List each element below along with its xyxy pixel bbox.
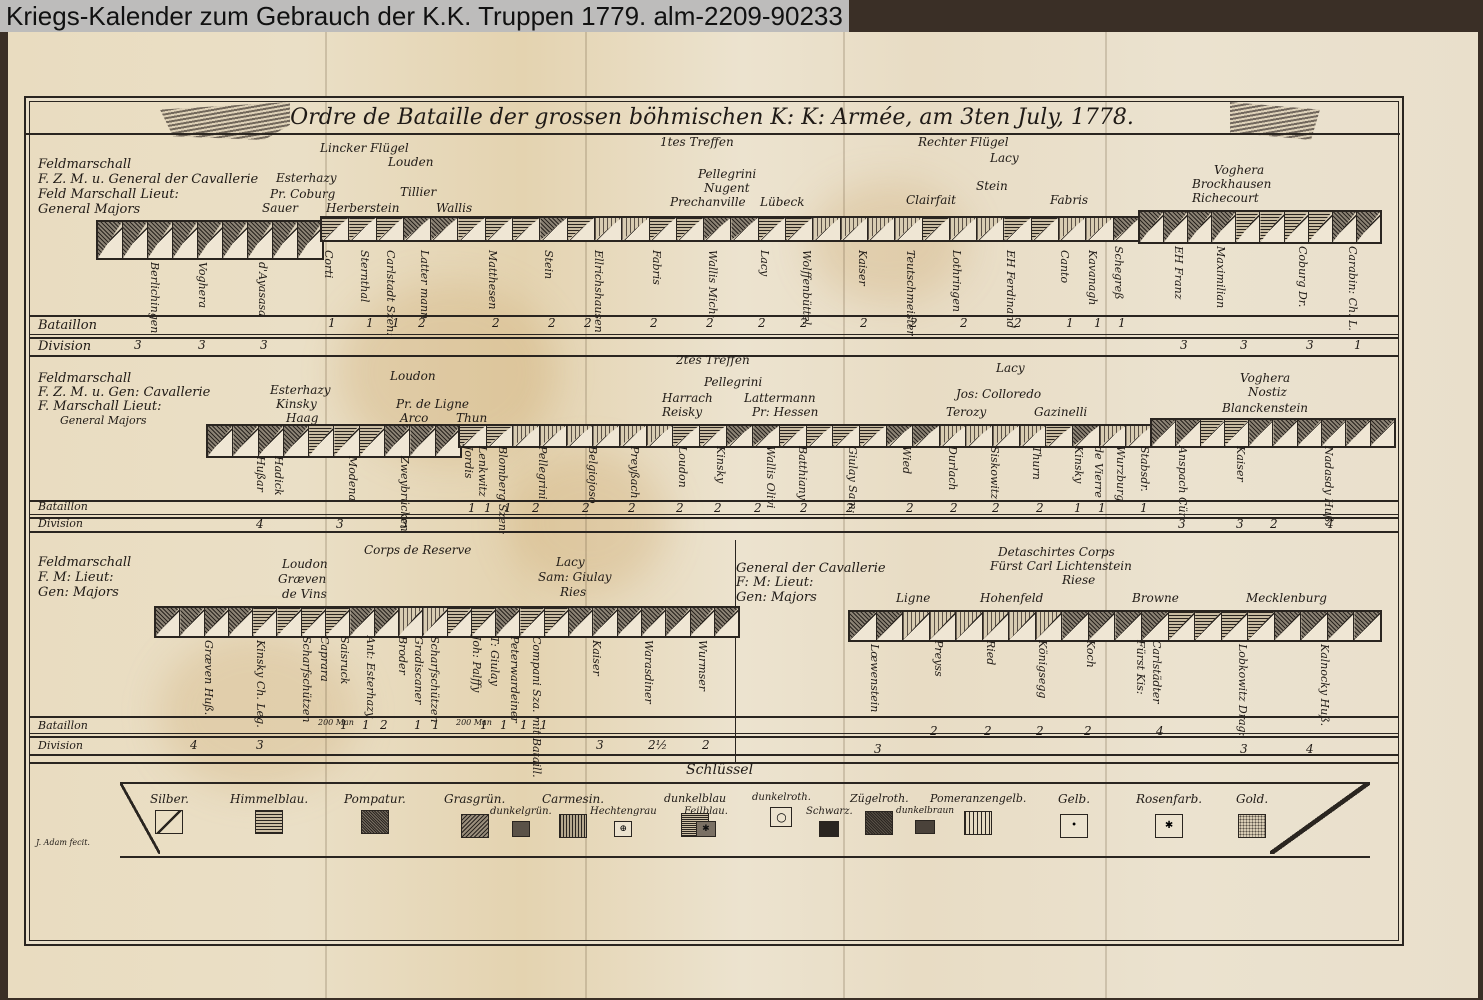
key-label: Gelb. xyxy=(1058,792,1090,806)
regiment-label: Scharfschützen xyxy=(428,636,440,722)
regiment-label: Thurn xyxy=(1030,446,1042,480)
rank-gm: Gen: Majors xyxy=(736,591,817,605)
regiment-label: Kinsky Ch. Leg. xyxy=(254,640,266,728)
commander-herberstein: Herberstein xyxy=(326,202,399,215)
regiment-label: Siskowitz xyxy=(988,446,1000,499)
commander-mecklenburg: Mecklenburg xyxy=(1246,592,1327,605)
bataillon-count: 2 xyxy=(1036,724,1044,738)
division-count: 3 xyxy=(198,338,206,352)
bataillon-count: 1 xyxy=(484,501,492,515)
bataillon-count: 2 xyxy=(1036,501,1044,515)
division-count: 3 xyxy=(1178,517,1186,531)
key-label: Hechtengrau xyxy=(590,806,657,817)
rule xyxy=(30,736,1398,738)
bataillon-count: 2 xyxy=(582,501,590,515)
unit-block-detached xyxy=(848,610,1382,642)
bataillon-count: 1 xyxy=(340,718,348,732)
regiment-label: Compani Sza. mit Bataill. xyxy=(530,636,542,778)
unit-block-t2-left xyxy=(206,424,462,458)
division-count: 2½ xyxy=(648,738,667,752)
regiment-label: Anspach Cür. xyxy=(1176,446,1188,520)
bataillon-count: 1 xyxy=(1074,501,1082,515)
bataillon-count: 2 xyxy=(380,718,388,732)
commander-prechanville: Prechanville xyxy=(670,196,746,209)
commander-voghera: Voghera xyxy=(1214,164,1264,177)
key-label: Gold. xyxy=(1236,792,1268,806)
detached-commander: Fürst Carl Lichtenstein xyxy=(990,560,1132,573)
rank-feldmarschall: Feldmarschall xyxy=(38,556,131,570)
commander-loudon: Loudon xyxy=(390,370,436,383)
bataillon-count: 1 xyxy=(1094,316,1102,330)
swatch-icon xyxy=(865,811,893,835)
key-item-feilblau: Feilblau. ✱ xyxy=(684,806,728,837)
regiment-label: Wied xyxy=(900,446,912,474)
bataillon-count: 2 xyxy=(418,316,426,330)
key-item-himmelblau: Himmelblau. xyxy=(230,792,308,834)
regiment-label: Stabsdr. xyxy=(1138,446,1150,492)
regiment-label: Scharfschützen xyxy=(300,636,312,722)
regiment-label: Ried xyxy=(984,640,996,665)
commander-gazinelli: Gazinelli xyxy=(1034,406,1087,419)
division-count: 3 xyxy=(1240,742,1248,756)
bataillon-count: 200 Man xyxy=(318,718,354,727)
regiment-label: Kavanagh xyxy=(1086,250,1098,305)
regiment-label: Ant: Esterhazy xyxy=(364,636,376,718)
division-label: Division xyxy=(38,340,91,354)
bataillon-count: 2 xyxy=(930,724,938,738)
division-count: 4 xyxy=(256,517,264,531)
key-label: Carmesin. xyxy=(542,792,604,806)
swatch-icon xyxy=(512,821,530,837)
regiment-label: Carlstädter xyxy=(1150,640,1162,704)
swatch-icon xyxy=(255,810,283,834)
key-label: Silber. xyxy=(150,792,189,806)
regiment-label: Preyßach xyxy=(628,446,640,499)
regiment-label: Gradiscaner xyxy=(412,636,424,704)
commander-pellegrini: Pellegrini xyxy=(704,376,762,389)
division-count: 4 xyxy=(1306,742,1314,756)
rank-fml: F: M: Lieut: xyxy=(736,576,813,590)
key-item-gelb: Gelb. • xyxy=(1058,792,1090,838)
bataillon-count: 1 xyxy=(480,718,488,732)
bataillon-label: Bataillon xyxy=(38,500,88,514)
bataillon-count: 2 xyxy=(532,501,540,515)
unit-block-reserve xyxy=(154,606,740,638)
key-item-pomeranzengelb: Pomeranzengelb. xyxy=(930,792,1026,835)
unit-block-t1-infantry xyxy=(320,216,1142,242)
division-count: 4 xyxy=(1326,517,1334,531)
rank-feldmarschall: Feldmarschall xyxy=(38,372,131,386)
bataillon-count: 1 xyxy=(432,718,440,732)
regiment-label: Lothringen xyxy=(950,250,962,312)
regiment-label: Voghera xyxy=(196,262,208,308)
key-label: Himmelblau. xyxy=(230,792,308,806)
regiment-label: Wolffenbüttel xyxy=(800,250,812,325)
dot-icon: • xyxy=(1060,814,1088,838)
bataillon-count: 1 xyxy=(1118,316,1126,330)
division-count: 3 xyxy=(260,338,268,352)
rank-fzm: F. Z. M. u. General der Cavallerie xyxy=(38,173,258,187)
commander-lubeck: Lübeck xyxy=(760,196,804,209)
regiment-label: Belgiojoso xyxy=(586,446,598,504)
rule xyxy=(30,334,1398,335)
bataillon-count: 2 xyxy=(800,501,808,515)
bataillon-count: 4 xyxy=(1156,724,1164,738)
commander-ligne: Pr. de Ligne xyxy=(396,398,469,411)
rank-gm: General Majors xyxy=(38,203,140,217)
regiment-label: Preyss xyxy=(932,640,944,677)
key-heading: Schlüssel xyxy=(686,764,753,777)
commander-stein: Stein xyxy=(976,180,1008,193)
regiment-label: Kinsky xyxy=(714,446,726,483)
division-count: 3 xyxy=(1236,517,1244,531)
key-label: Rosenfarb. xyxy=(1136,792,1202,806)
commander-hohenfeld: Hohenfeld xyxy=(980,592,1043,605)
regiment-label: Lœwenstein xyxy=(868,644,880,712)
bataillon-count: 1 xyxy=(392,316,400,330)
regiment-label: Lenkwitz xyxy=(476,446,488,497)
regiment-label: Pellegrini xyxy=(536,446,548,499)
commander-esterhazy: Esterhazy xyxy=(270,384,331,397)
regiment-label: Maximilian xyxy=(1214,246,1226,308)
regiment-label: Ellrichshausen xyxy=(592,250,604,333)
regiment-label: Blomberg Szen: xyxy=(496,446,508,535)
regiment-label: Kaiser xyxy=(1234,446,1246,482)
regiment-label: Berlichingen xyxy=(148,262,160,333)
regiment-label: Kaiser xyxy=(590,640,602,676)
division-count: 4 xyxy=(190,738,198,752)
commander-sauer: Sauer xyxy=(262,202,298,215)
reserve-heading: Corps de Reserve xyxy=(364,544,471,557)
key-item-gold: Gold. xyxy=(1236,792,1268,838)
regiment-label: Loudon xyxy=(676,446,688,488)
right-wing-label: Rechter Flügel xyxy=(918,136,1009,149)
regiment-label: Warasdiner xyxy=(642,640,654,704)
regiment-label: Wurmser xyxy=(696,640,708,691)
regiment-label: Saisruck xyxy=(338,636,350,684)
commander-ligne: Ligne xyxy=(896,592,930,605)
rule xyxy=(30,733,1398,734)
commander-riese: Riese xyxy=(1062,574,1095,587)
commander-loudon: Loudon xyxy=(282,558,328,571)
bataillon-count: 2 xyxy=(584,316,592,330)
bataillon-count: 2 xyxy=(960,316,968,330)
regiment-label: T: Giulay xyxy=(488,636,500,686)
commander-lacy: Lacy xyxy=(990,152,1019,165)
regiment-label: d'Ayasasa xyxy=(256,262,268,317)
rank-fzm: F. Z. M. u. Gen: Cavallerie xyxy=(38,386,210,400)
regiment-label: Lacy xyxy=(758,250,770,276)
unit-block-t1-left xyxy=(96,220,324,260)
bataillon-count: 2 xyxy=(1014,316,1022,330)
key-item-silber: Silber. xyxy=(150,792,189,834)
bataillon-count: 2 xyxy=(714,501,722,515)
rank-gm: Gen: Majors xyxy=(38,586,119,600)
bataillon-count: 2 xyxy=(706,316,714,330)
image-caption: Kriegs-Kalender zum Gebrauch der K.K. Tr… xyxy=(0,0,849,32)
bataillon-count: 1 xyxy=(520,718,528,732)
bataillon-count: 1 xyxy=(1066,316,1074,330)
circle-plus-icon: ⊕ xyxy=(614,821,632,837)
bataillon-count: 1 xyxy=(366,316,374,330)
division-count: 1 xyxy=(1354,338,1362,352)
bataillon-count: 1 xyxy=(468,501,476,515)
bataillon-count: 2 xyxy=(548,316,556,330)
regiment-label: Coburg Dr. xyxy=(1296,246,1308,307)
division-count: 3 xyxy=(1180,338,1188,352)
commander-wallis: Wallis xyxy=(436,202,472,215)
regiment-label: EH Franz xyxy=(1172,246,1184,299)
rank-gm: General Majors xyxy=(60,414,146,428)
division-count: 3 xyxy=(1306,338,1314,352)
regiment-label: Caprara xyxy=(318,636,330,682)
division-count: 3 xyxy=(256,738,264,752)
commander-reisky: Reisky xyxy=(662,406,702,419)
bataillon-count: 1 xyxy=(1140,501,1148,515)
bataillon-count: 2 xyxy=(758,316,766,330)
regiment-label: Stein xyxy=(542,250,554,279)
key-item-dunkelroth: dunkelroth. ○ xyxy=(752,792,811,827)
commander-voghera: Voghera xyxy=(1240,372,1290,385)
bataillon-count: 2 xyxy=(800,316,808,330)
commander-harrach: Harrach xyxy=(662,392,713,405)
division-count: 3 xyxy=(400,517,408,531)
regiment-label: Kinsky xyxy=(1072,446,1084,483)
key-label: Grasgrün. xyxy=(444,792,505,806)
rank-fml: Feld Marschall Lieut: xyxy=(38,188,179,202)
commander-hessen: Pr: Hessen xyxy=(752,406,818,419)
rank-fml: F. Marschall Lieut: xyxy=(38,400,162,414)
bataillon-count: 2 xyxy=(676,501,684,515)
regiment-label: Schegreß xyxy=(1112,246,1124,299)
swatch-icon xyxy=(964,811,992,835)
division-count: 3 xyxy=(336,517,344,531)
regiment-label: Lobkowitz Drag: xyxy=(1236,644,1248,736)
regiment-label: Fabris xyxy=(650,250,662,285)
swatch-icon xyxy=(461,814,489,838)
regiment-label: Koch xyxy=(1084,640,1096,668)
bataillon-count: 1 xyxy=(328,316,336,330)
bataillon-count: 2 xyxy=(984,724,992,738)
key-border-right xyxy=(1270,782,1370,854)
regiment-label: Broder xyxy=(396,636,408,675)
key-label: Schwarz. xyxy=(806,806,853,817)
bataillon-count: 1 xyxy=(362,718,370,732)
key-label: dunkelblau xyxy=(664,792,726,805)
regiment-label: Batthiany xyxy=(796,446,808,500)
division-count: 3 xyxy=(1240,338,1248,352)
key-label: Pompatur. xyxy=(344,792,406,806)
swatch-icon xyxy=(361,810,389,834)
commander-richecourt: Richecourt xyxy=(1192,192,1259,205)
swatch-icon xyxy=(559,814,587,838)
regiment-label: Græven Huß. xyxy=(202,640,214,715)
rule xyxy=(30,531,1398,533)
key-label: dunkelroth. xyxy=(752,792,811,803)
regiment-label: Canto xyxy=(1058,250,1070,283)
commander-colloredo: Jos: Colloredo xyxy=(956,388,1041,401)
unit-block-t2-right xyxy=(1150,418,1396,448)
bataillon-count: 2 xyxy=(628,501,636,515)
rank-gdc: General der Cavallerie xyxy=(736,562,886,576)
commander-tillier: Tillier xyxy=(400,186,436,199)
regiment-label: Durlach xyxy=(946,446,958,490)
commander-nostiz: Nostiz xyxy=(1248,386,1287,399)
regiment-label: Fürst Kis: xyxy=(1134,640,1146,695)
swatch-icon xyxy=(819,821,839,837)
commander-lacy: Lacy xyxy=(556,556,585,569)
regiment-label: Carabin: Ch. L. xyxy=(1346,246,1358,331)
commander-blanckenstein: Blanckenstein xyxy=(1222,402,1308,415)
regiment-label: Wurzburg xyxy=(1114,446,1126,501)
key-item-schwarz: Schwarz. xyxy=(806,806,853,837)
commander-brockhausen: Brockhausen xyxy=(1192,178,1271,191)
dotted-swatch-icon xyxy=(1238,814,1266,838)
commander-esterhazy: Esterhazy xyxy=(276,172,337,185)
bataillon-count: 2 xyxy=(650,316,658,330)
commander-kinsky: Kinsky xyxy=(276,398,317,411)
division-count: 3 xyxy=(874,742,882,756)
regiment-label: Latter mann xyxy=(418,250,430,319)
commander-lattermann: Lattermann xyxy=(744,392,816,405)
regiment-label: Kalnocky Huß. xyxy=(1318,644,1330,726)
unit-block-t2-infantry xyxy=(458,424,1154,448)
regiment-label: Modena xyxy=(346,456,358,501)
bataillon-count: 2 xyxy=(754,501,762,515)
circle-icon: ○ xyxy=(770,807,792,827)
division-label: Division xyxy=(38,517,83,531)
rule xyxy=(30,754,1398,756)
commander-coburg: Pr. Coburg xyxy=(270,188,335,201)
commander-lacy: Lacy xyxy=(996,362,1025,375)
unit-block-t1-right xyxy=(1138,210,1382,244)
commander-browne: Browne xyxy=(1132,592,1179,605)
bataillon-count: 1 xyxy=(500,718,508,732)
key-item-rosenfarb: Rosenfarb. ✱ xyxy=(1136,792,1202,838)
commander-ries: Ries xyxy=(560,586,586,599)
division-count: 3 xyxy=(596,738,604,752)
bataillon-count: 1 xyxy=(414,718,422,732)
commander-devins: de Vins xyxy=(282,588,327,601)
commander-loudon: Louden xyxy=(388,156,433,169)
commander-graeven: Græven xyxy=(278,573,326,586)
key-item-pompatur: Pompatur. xyxy=(344,792,406,834)
key-item-hechtengrau: Hechtengrau ⊕ xyxy=(590,806,657,837)
bataillon-label: Bataillon xyxy=(38,719,88,733)
star-icon: ✱ xyxy=(696,821,716,837)
regiment-label: Joh: Palffy xyxy=(470,636,482,692)
regiment-label: Peterwardeiner xyxy=(508,636,520,723)
key-label: Zügelroth. xyxy=(850,792,909,805)
commander-terozy: Terozy xyxy=(946,406,986,419)
commander-pellegrini: Pellegrini xyxy=(698,168,756,181)
engraver-signature: J. Adam fecit. xyxy=(36,838,90,847)
rule xyxy=(30,716,1398,718)
division-count: 2 xyxy=(702,738,710,752)
regiment-label: Jordis xyxy=(462,446,474,479)
treffen2-heading: 2tes Treffen xyxy=(676,354,750,367)
regiment-label: Matthesen xyxy=(486,250,498,310)
bataillon-count: 2 xyxy=(950,501,958,515)
regiment-label: Wallis Mich: xyxy=(706,250,718,318)
division-label: Division xyxy=(38,739,83,753)
bataillon-count: 2 xyxy=(846,501,854,515)
rank-feldmarschall: Feldmarschall xyxy=(38,158,131,172)
detached-heading: Detaschirtes Corps xyxy=(998,546,1115,559)
treffen1-heading: 1tes Treffen xyxy=(660,136,734,149)
rule xyxy=(30,315,1398,317)
key-label: Feilblau. xyxy=(684,806,728,817)
title-band: Ordre de Bataille der grossen böhmischen… xyxy=(24,103,1400,135)
rule xyxy=(30,337,1398,339)
document-title: Ordre de Bataille der grossen böhmischen… xyxy=(24,105,1400,130)
bataillon-count: 1 xyxy=(504,501,512,515)
bataillon-count: 2 xyxy=(906,501,914,515)
bataillon-count: 2 xyxy=(1084,724,1092,738)
regiment-label: Sternthal xyxy=(358,250,370,302)
bataillon-count: 2 xyxy=(910,316,918,330)
division-count: 3 xyxy=(134,338,142,352)
regiment-label: Corti xyxy=(322,250,334,278)
rule xyxy=(30,517,1398,519)
bataillon-label: Bataillon xyxy=(38,319,97,333)
commander-giulay: Sam: Giulay xyxy=(538,571,612,584)
bataillon-count: 2 xyxy=(992,501,1000,515)
bataillon-count: 1 xyxy=(540,718,548,732)
regiment-label: Königsegg xyxy=(1036,640,1048,698)
commander-nugent: Nugent xyxy=(704,182,750,195)
regiment-label: Hußar xyxy=(254,456,266,492)
bataillon-count: 2 xyxy=(492,316,500,330)
swatch-icon xyxy=(155,810,183,834)
commander-clairfait: Clairfait xyxy=(906,194,956,207)
bataillon-count: 1 xyxy=(1098,501,1106,515)
rank-fml: F. M: Lieut: xyxy=(38,571,114,585)
star-icon: ✱ xyxy=(1155,814,1183,838)
left-wing-label: Lincker Flügel xyxy=(320,142,409,155)
key-label: Pomeranzengelb. xyxy=(930,792,1026,805)
division-count: 2 xyxy=(1270,517,1278,531)
regiment-label: Hadick xyxy=(272,456,284,496)
regiment-label: Kaiser xyxy=(856,250,868,286)
bataillon-count: 2 xyxy=(860,316,868,330)
regiment-label: de Vierre xyxy=(1092,446,1104,498)
commander-fabris: Fabris xyxy=(1050,194,1088,207)
